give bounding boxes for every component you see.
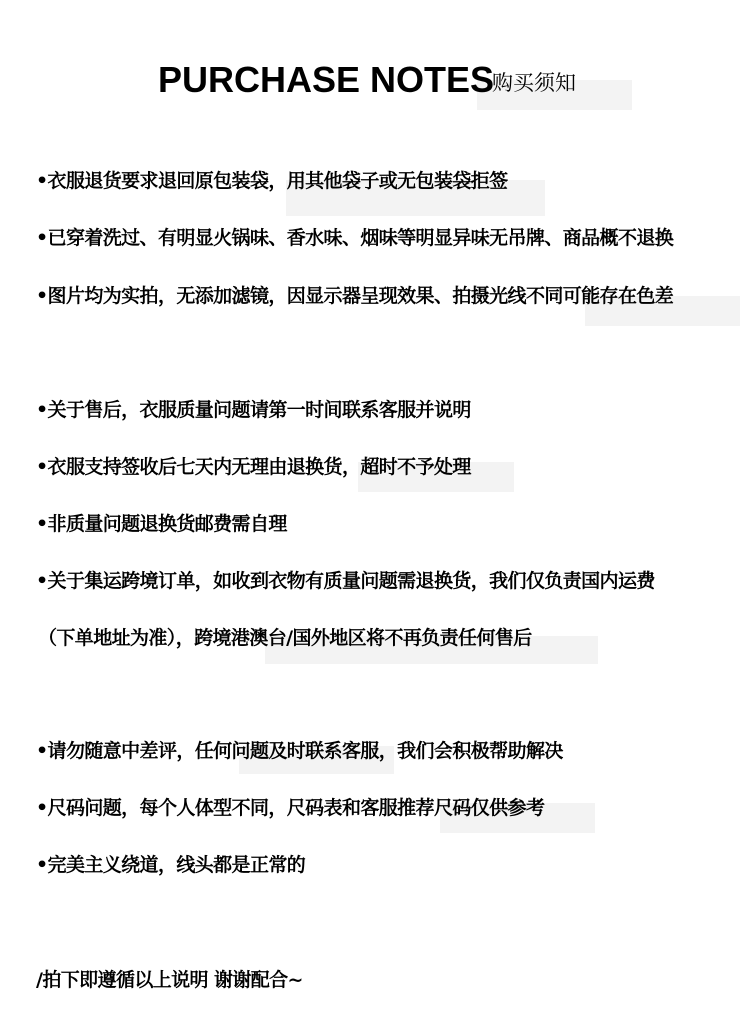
note-item: •图片均为实拍，无添加滤镜，因显示器呈现效果、拍摄光线不同可能存在色差 [36,283,673,309]
note-item: •已穿着洗过、有明显火锅味、香水味、烟味等明显异味无吊牌、商品概不退换 [36,225,673,251]
note-item: •关于集运跨境订单，如收到衣物有质量问题需退换货，我们仅负责国内运费 [36,568,655,594]
note-item-continuation: （下单地址为准），跨境港澳台/国外地区将不再负责任何售后 [38,625,532,651]
note-item: •非质量问题退换货邮费需自理 [36,511,287,537]
note-item: •关于售后，衣服质量问题请第一时间联系客服并说明 [36,397,471,423]
page-subtitle: 购买须知 [492,68,576,98]
note-item: •衣服支持签收后七天内无理由退换货，超时不予处理 [36,454,471,480]
note-item: •完美主义绕道，线头都是正常的 [36,852,305,878]
footer-note: /拍下即遵循以上说明 谢谢配合~ [36,967,303,993]
page-title: PURCHASE NOTES [158,56,494,104]
note-item: •尺码问题，每个人体型不同，尺码表和客服推荐尺码仅供参考 [36,795,544,821]
note-item: •请勿随意中差评，任何问题及时联系客服，我们会积极帮助解决 [36,738,563,764]
note-item: •衣服退货要求退回原包装袋，用其他袋子或无包装袋拒签 [36,168,508,194]
